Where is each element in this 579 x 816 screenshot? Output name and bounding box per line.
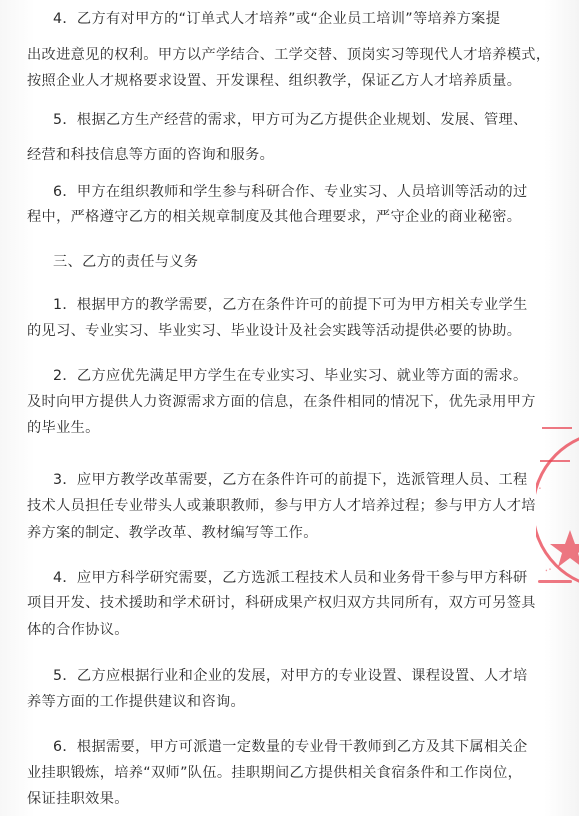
paragraph-b3-line-1: 3．应甲方教学改革需要，乙方在条件许可的前提下，选派管理人员、工程	[53, 470, 528, 490]
paragraph-b1-line-2: 的见习、专业实习、毕业实习、毕业设计及社会实践等活动提供必要的协助。	[27, 321, 521, 341]
paragraph-a4-line-2: 出改进意见的权利。甲方以产学结合、工学交替、顶岗实习等现代人才培养模式，	[27, 45, 550, 65]
paragraph-b4-line-3: 体的合作协议。	[27, 620, 129, 640]
paragraph-b6-line-2: 业挂职锻炼，培养“双师”队伍。挂职期间乙方提供相关食宿条件和工作岗位，	[27, 763, 522, 783]
paragraph-b2-line-3: 的毕业生。	[27, 418, 100, 438]
paragraph-a6-line-1: 6．甲方在组织教师和学生参与科研合作、专业实习、人员培训等活动的过	[53, 182, 528, 202]
paragraph-a4-line-1: 4．乙方有对甲方的“订单式人才培养”或“企业员工培训”等培养方案提	[53, 9, 500, 29]
paragraph-a5-line-1: 5．根据乙方生产经营的需求，甲方可为乙方提供企业规划、发展、管理、	[53, 110, 528, 130]
paragraph-b4-line-2: 项目开发、技术援助和学术研讨，科研成果产权归双方共同所有，双方可另签具	[27, 593, 536, 613]
svg-text:··: ··	[542, 562, 554, 578]
paragraph-b6-line-1: 6．根据需要，甲方可派遣一定数量的专业骨干教师到乙方及其下属相关企	[53, 737, 528, 757]
red-seal-stamp-icon: . ··	[536, 415, 579, 605]
paragraph-b4-line-1: 4．应甲方科学研究需要，乙方选派工程技术人员和业务骨干参与甲方科研	[53, 568, 528, 588]
paragraph-a6-line-2: 程中，严格遵守乙方的相关规章制度及其他合理要求，严守企业的商业秘密。	[27, 207, 521, 227]
paragraph-a4-line-3: 按照企业人才规格要求设置、开发课程、组织教学，保证乙方人才培养质量。	[27, 71, 521, 91]
svg-text:.: .	[538, 478, 542, 492]
paragraph-a5-line-2: 经营和科技信息等方面的咨询和服务。	[27, 145, 274, 165]
paragraph-b2-line-1: 2．乙方应优先满足甲方学生在专业实习、毕业实习、就业等方面的需求。	[53, 366, 528, 386]
section-3-heading: 三、乙方的责任与义务	[53, 252, 198, 272]
paragraph-b2-line-2: 及时向甲方提供人力资源需求方面的信息，在条件相同的情况下，优先录用甲方	[27, 392, 536, 412]
paragraph-b1-line-1: 1．根据甲方的教学需要，乙方在条件许可的前提下可为甲方相关专业学生	[53, 295, 528, 315]
paragraph-b3-line-3: 养方案的制定、教学改革、教材编写等工作。	[27, 523, 318, 543]
paragraph-b3-line-2: 技术人员担任专业带头人或兼职教师，参与甲方人才培养过程；参与甲方人才培	[27, 496, 536, 516]
paragraph-b5-line-1: 5．乙方应根据行业和企业的发展，对甲方的专业设置、课程设置、人才培	[53, 666, 528, 686]
paragraph-b6-line-3: 保证挂职效果。	[27, 789, 129, 809]
paragraph-b5-line-2: 养等方面的工作提供建议和咨询。	[27, 692, 245, 712]
document-page: 4．乙方有对甲方的“订单式人才培养”或“企业员工培训”等培养方案提 出改进意见的…	[0, 0, 579, 816]
